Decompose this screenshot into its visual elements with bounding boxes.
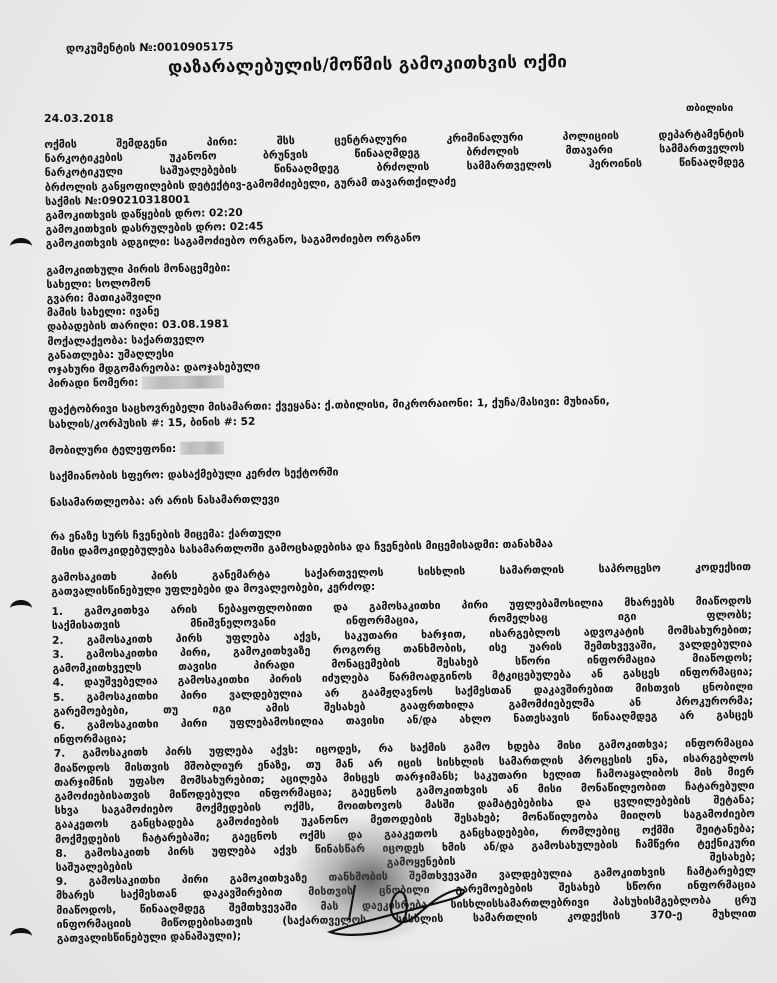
mobile-label: მობილური ტელეფონი: — [49, 443, 176, 457]
redacted-personal-number — [142, 375, 224, 389]
document-number: დოკუმენტის №:0010905175 — [66, 40, 234, 55]
signature — [325, 880, 475, 940]
redacted-mobile-number — [180, 442, 224, 456]
scanned-document-page: დოკუმენტის №:0010905175 დაზარალებულის/მო… — [0, 0, 777, 983]
punch-hole-mark — [10, 238, 32, 255]
punch-hole-mark — [10, 600, 32, 617]
personal-number-label: პირადი ნომერი: — [48, 377, 139, 390]
document-date: 24.03.2018 — [44, 112, 114, 125]
document-city: თბილისი — [686, 103, 733, 114]
document-title: დაზარალებულის/მოწმის გამოკითხვის ოქმი — [168, 52, 568, 78]
punch-hole-mark — [10, 928, 32, 945]
